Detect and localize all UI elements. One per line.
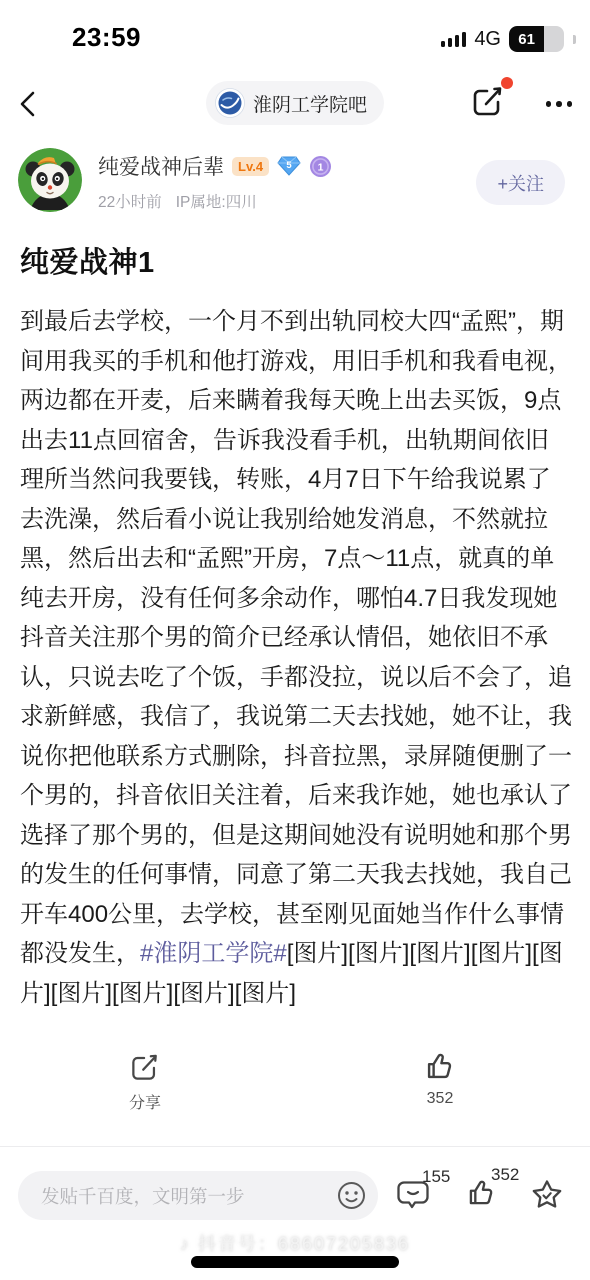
gem-badge-icon: 5	[277, 155, 301, 177]
post-body: 到最后去学校，一个月不到出轨同校大四“孟熙”，期间用我买的手机和他打游戏，用旧手…	[20, 302, 572, 1013]
post-body-text: 到最后去学校，一个月不到出轨同校大四“孟熙”，期间用我买的手机和他打游戏，用旧手…	[20, 308, 572, 967]
like-bottom-count: 352	[491, 1165, 519, 1185]
author-row: 纯爱战神后辈 Lv.4 5 1	[18, 146, 572, 214]
share-button[interactable]: 分享	[80, 1050, 210, 1113]
douyin-watermark: ♪ 抖音号：68607205836	[0, 1230, 590, 1256]
battery-tip	[573, 35, 576, 44]
share-icon	[128, 1050, 162, 1084]
follow-button[interactable]: +关注	[476, 160, 565, 205]
home-indicator[interactable]	[191, 1256, 399, 1268]
share-post-button[interactable]	[469, 82, 507, 120]
gem-badge-value: 5	[286, 160, 292, 171]
notification-red-dot	[501, 77, 513, 89]
forum-pill[interactable]: 淮阴工学院吧	[206, 81, 384, 125]
ip-location: IP属地:四川	[176, 190, 257, 212]
comment-count: 155	[422, 1167, 450, 1187]
thumbs-up-icon	[423, 1050, 457, 1084]
back-button[interactable]	[14, 88, 46, 120]
medal-badge-value: 1	[318, 161, 324, 173]
post-actions: 分享 352	[0, 1050, 590, 1128]
share-label: 分享	[80, 1090, 210, 1113]
comments-button[interactable]: 155	[396, 1179, 436, 1219]
status-time: 23:59	[72, 22, 141, 53]
battery-icon: 61	[509, 26, 564, 52]
hashtag-link[interactable]: #淮阴工学院#	[140, 940, 287, 967]
comment-placeholder: 发贴千百度，文明第一步	[41, 1183, 336, 1209]
compose-icon	[469, 82, 507, 120]
network-type-label: 4G	[474, 28, 501, 51]
author-name[interactable]: 纯爱战神后辈	[98, 151, 224, 181]
like-bottom-button[interactable]: 352	[465, 1177, 505, 1217]
like-count: 352	[375, 1090, 505, 1108]
tieba-post-screen: 23:59 4G 61 淮阴工学院吧	[0, 0, 590, 1280]
more-options-button[interactable]	[546, 98, 573, 110]
comment-input[interactable]: 发贴千百度，文明第一步	[18, 1171, 378, 1220]
avatar[interactable]	[18, 148, 82, 212]
medal-badge-icon: 1	[309, 155, 332, 178]
post-meta: 22小时前 IP属地:四川	[98, 190, 332, 212]
signal-strength-icon	[441, 31, 467, 47]
smiley-icon	[336, 1180, 367, 1211]
battery-percent: 61	[518, 31, 535, 48]
status-indicators: 4G 61	[441, 26, 576, 52]
favorite-button[interactable]	[530, 1179, 570, 1219]
author-info: 纯爱战神后辈 Lv.4 5 1	[98, 151, 332, 212]
post-title: 纯爱战神1	[20, 240, 155, 281]
watermark-text: 抖音号：68607205836	[198, 1234, 410, 1254]
posted-time: 22小时前	[98, 190, 162, 212]
emoji-button[interactable]	[336, 1180, 367, 1211]
star-check-icon	[530, 1179, 564, 1212]
forum-logo-icon	[215, 88, 245, 118]
douyin-note-icon: ♪	[180, 1234, 191, 1254]
level-badge: Lv.4	[232, 157, 269, 176]
nav-bar: 淮阴工学院吧	[0, 76, 590, 134]
forum-name: 淮阴工学院吧	[253, 90, 367, 117]
like-button[interactable]: 352	[375, 1050, 505, 1108]
back-chevron-icon	[14, 88, 46, 120]
